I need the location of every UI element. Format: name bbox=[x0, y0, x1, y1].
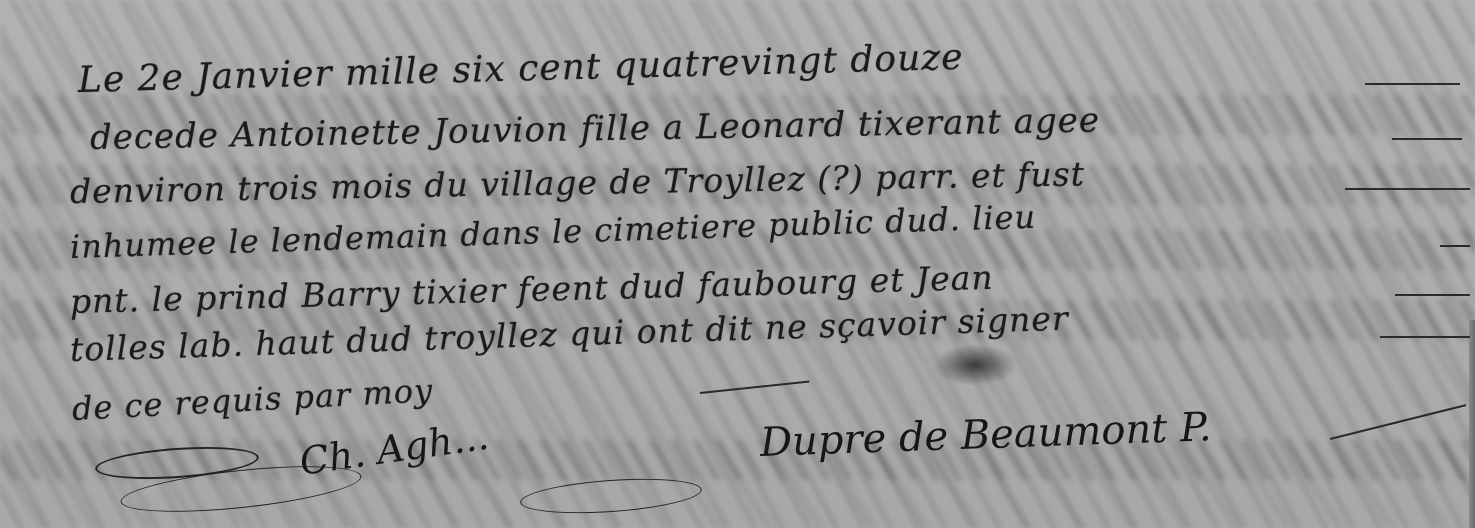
line-filler-dash bbox=[1395, 294, 1470, 296]
line-filler-dash bbox=[1365, 83, 1460, 85]
page-edge bbox=[1469, 320, 1475, 528]
scanned-document-page: Le 2e Janvier mille six cent quatrevingt… bbox=[0, 0, 1475, 528]
line-filler-dash bbox=[1380, 336, 1470, 338]
line-filler-dash bbox=[1440, 245, 1470, 247]
line-filler-dash bbox=[1392, 138, 1462, 140]
line-filler-dash bbox=[1345, 188, 1470, 190]
